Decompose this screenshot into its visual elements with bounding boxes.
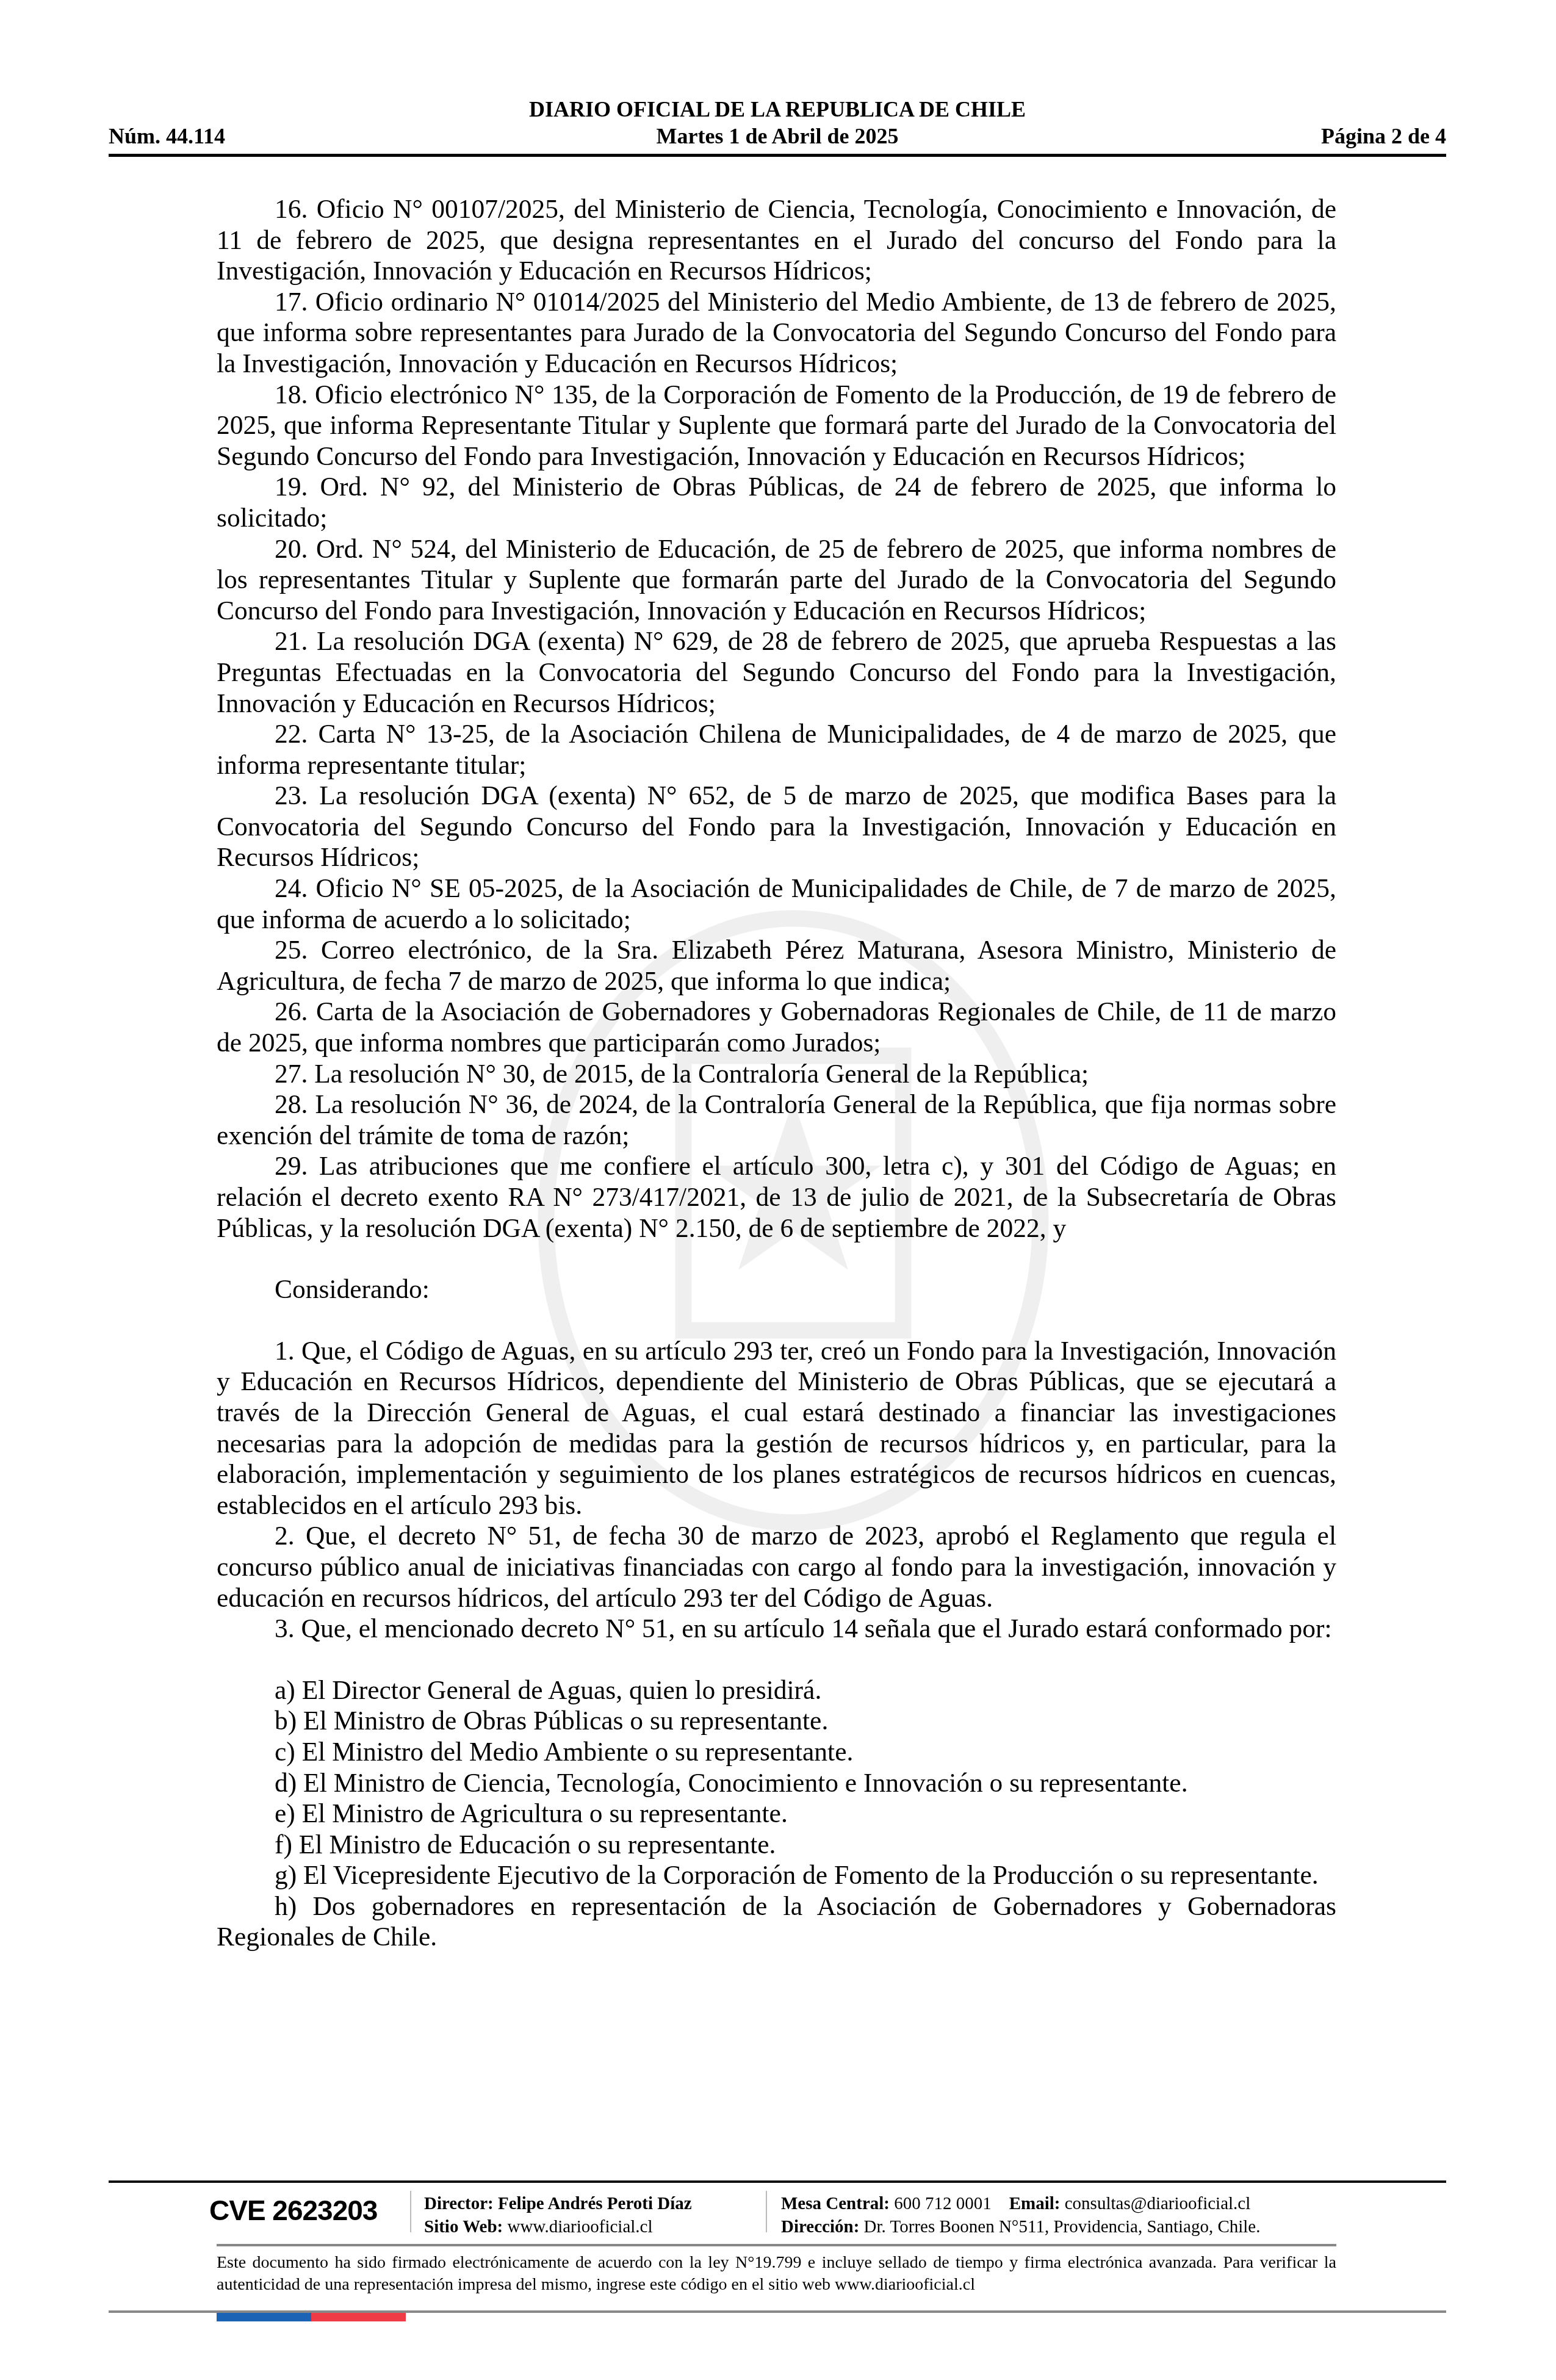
considerando-item: 2. Que, el decreto N° 51, de fecha 30 de… <box>217 1521 1336 1614</box>
footer-contact-block: Mesa Central: 600 712 0001 Email: consul… <box>781 2192 1260 2238</box>
website-label: Sitio Web: <box>424 2217 503 2237</box>
visto-item: 20. Ord. N° 524, del Ministerio de Educa… <box>217 534 1336 627</box>
visto-item: 23. La resolución DGA (exenta) N° 652, d… <box>217 781 1336 873</box>
signature-notice: Este documento ha sido firmado electróni… <box>217 2252 1336 2296</box>
visto-item: 18. Oficio electrónico N° 135, de la Cor… <box>217 380 1336 472</box>
director-label: Director: <box>424 2194 494 2213</box>
footer-director-block: Director: Felipe Andrés Peroti Díaz Siti… <box>424 2192 692 2238</box>
issue-date: Martes 1 de Abril de 2025 <box>109 123 1446 149</box>
footer-divider <box>217 2244 1336 2246</box>
document-body: 16. Oficio N° 00107/2025, del Ministerio… <box>217 194 1336 1953</box>
page-header: DIARIO OFICIAL DE LA REPUBLICA DE CHILE … <box>109 92 1446 160</box>
considerando-item: 1. Que, el Código de Aguas, en su artícu… <box>217 1336 1336 1521</box>
visto-item: 21. La resolución DGA (exenta) N° 629, d… <box>217 626 1336 719</box>
footer-separator <box>766 2191 767 2232</box>
mesa-central-phone: 600 712 0001 <box>894 2194 992 2213</box>
footer-separator <box>410 2191 411 2232</box>
visto-item: 25. Correo electrónico, de la Sra. Eliza… <box>217 935 1336 997</box>
director-name: Felipe Andrés Peroti Díaz <box>498 2194 692 2213</box>
email-label: Email: <box>1009 2194 1061 2213</box>
flag-red-stripe <box>311 2313 406 2321</box>
header-divider <box>109 154 1446 157</box>
jurado-item: g) El Vicepresidente Ejecutivo de la Cor… <box>217 1860 1336 1891</box>
visto-item: 16. Oficio N° 00107/2025, del Ministerio… <box>217 194 1336 287</box>
jurado-item: h) Dos gobernadores en representación de… <box>217 1891 1336 1953</box>
email-link[interactable]: consultas@diariooficial.cl <box>1065 2194 1251 2213</box>
visto-item: 22. Carta N° 13-25, de la Asociación Chi… <box>217 719 1336 781</box>
visto-item: 27. La resolución N° 30, de 2015, de la … <box>217 1059 1336 1090</box>
jurado-item: a) El Director General de Aguas, quien l… <box>217 1675 1336 1706</box>
jurado-item: f) El Ministro de Educación o su represe… <box>217 1830 1336 1861</box>
address-label: Dirección: <box>781 2217 859 2237</box>
address-value: Dr. Torres Boonen N°511, Providencia, Sa… <box>864 2217 1261 2237</box>
newspaper-title: DIARIO OFICIAL DE LA REPUBLICA DE CHILE <box>109 96 1446 122</box>
visto-item: 17. Oficio ordinario N° 01014/2025 del M… <box>217 287 1336 380</box>
jurado-item: c) El Ministro del Medio Ambiente o su r… <box>217 1737 1336 1768</box>
jurado-item: b) El Ministro de Obras Públicas o su re… <box>217 1706 1336 1737</box>
considerando-heading: Considerando: <box>217 1274 1336 1305</box>
website-link[interactable]: www.diariooficial.cl <box>507 2217 652 2237</box>
visto-item: 28. La resolución N° 36, de 2024, de la … <box>217 1089 1336 1151</box>
visto-item: 19. Ord. N° 92, del Ministerio de Obras … <box>217 472 1336 533</box>
jurado-item: d) El Ministro de Ciencia, Tecnología, C… <box>217 1768 1336 1799</box>
flag-blue-stripe <box>217 2313 311 2321</box>
page-indicator: Página 2 de 4 <box>1321 123 1446 149</box>
visto-item: 26. Carta de la Asociación de Gobernador… <box>217 997 1336 1058</box>
mesa-central-label: Mesa Central: <box>781 2194 890 2213</box>
jurado-item: e) El Ministro de Agricultura o su repre… <box>217 1798 1336 1830</box>
visto-item: 29. Las atribuciones que me confiere el … <box>217 1151 1336 1244</box>
considerando-item: 3. Que, el mencionado decreto N° 51, en … <box>217 1614 1336 1645</box>
cve-code: CVE 2623203 <box>209 2194 377 2227</box>
footer-divider <box>109 2180 1446 2183</box>
visto-item: 24. Oficio N° SE 05-2025, de la Asociaci… <box>217 873 1336 935</box>
